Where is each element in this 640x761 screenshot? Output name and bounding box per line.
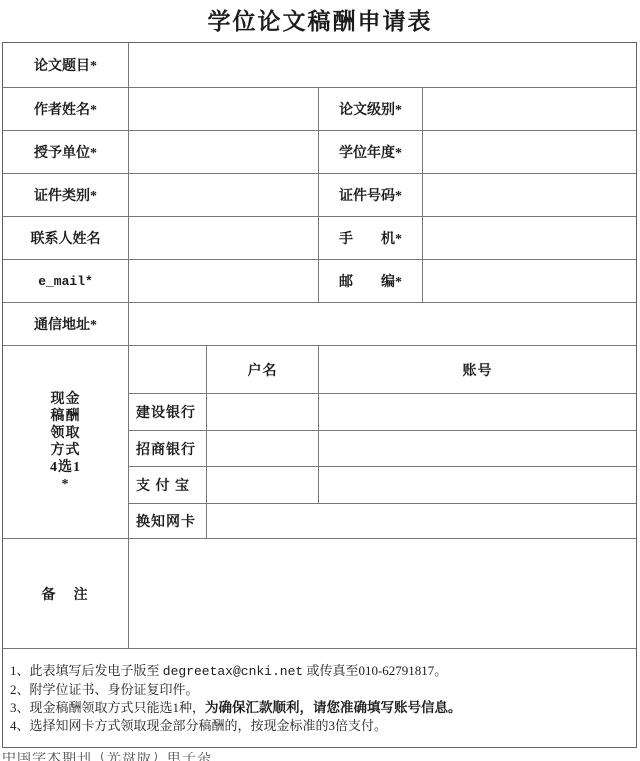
- header-account-name: 户名: [207, 346, 318, 393]
- label-mailing-address: 通信地址*: [3, 303, 128, 345]
- label-degree-unit: 授予单位*: [3, 131, 128, 173]
- label-remarks: 备 注: [3, 539, 128, 648]
- note-4: 4、选择知网卡方式领取现金部分稿酬的，按现金标准的3倍支付。: [10, 717, 628, 735]
- input-contact-name[interactable]: [129, 217, 318, 259]
- label-cnki-card: 换知网卡: [129, 504, 206, 538]
- input-postal-code[interactable]: [423, 260, 636, 302]
- input-ccb-account-name[interactable]: [207, 394, 318, 430]
- bottom-clipped-text: 中国学术期刊（光盘版）电子杂志社: [2, 752, 222, 761]
- input-thesis-level[interactable]: [423, 88, 636, 130]
- input-author-name[interactable]: [129, 88, 318, 130]
- input-cmb-account-number[interactable]: [319, 431, 636, 466]
- label-thesis-title: 论文题目*: [3, 43, 128, 87]
- label-postal-code: 邮 编*: [319, 260, 422, 302]
- label-alipay: 支 付 宝: [129, 467, 206, 503]
- header-account-number: 账号: [319, 346, 636, 393]
- payment-method-line: 稿酬: [51, 408, 81, 425]
- input-degree-year[interactable]: [423, 131, 636, 173]
- input-cnki-card[interactable]: [207, 504, 636, 538]
- payment-method-line: 现金: [51, 391, 81, 408]
- input-email[interactable]: [129, 260, 318, 302]
- label-payment-method: 现金 稿酬 领取 方式 4选1 *: [3, 346, 128, 538]
- note-2: 2、附学位证书、身份证复印件。: [10, 681, 628, 699]
- input-alipay-account-name[interactable]: [207, 467, 318, 503]
- label-email: e_mail*: [3, 260, 128, 302]
- note-email: degreetax@cnki.net: [163, 664, 303, 679]
- note-1: 1、此表填写后发电子版至 degreetax@cnki.net 或传真至010-…: [10, 662, 628, 681]
- input-alipay-account-number[interactable]: [319, 467, 636, 503]
- payment-method-line: *: [62, 476, 70, 493]
- label-mobile: 手 机*: [319, 217, 422, 259]
- input-thesis-title[interactable]: [129, 43, 636, 87]
- page-title: 学位论文稿酬申请表: [0, 3, 640, 36]
- input-mailing-address[interactable]: [129, 303, 636, 345]
- input-mobile[interactable]: [423, 217, 636, 259]
- bank-header-spacer: [129, 346, 206, 393]
- application-form-page: 学位论文稿酬申请表 论文题目* 作者姓名* 论文级别* 授予单位* 学位年度* …: [0, 0, 640, 761]
- form-table: 论文题目* 作者姓名* 论文级别* 授予单位* 学位年度* 证件类别* 证件号码…: [2, 42, 637, 748]
- input-id-type[interactable]: [129, 174, 318, 216]
- input-remarks[interactable]: [129, 539, 636, 648]
- input-id-number[interactable]: [423, 174, 636, 216]
- label-degree-year: 学位年度*: [319, 131, 422, 173]
- label-bank-ccb: 建设银行: [129, 394, 206, 430]
- payment-method-line: 4选1: [50, 459, 81, 476]
- input-degree-unit[interactable]: [129, 131, 318, 173]
- input-cmb-account-name[interactable]: [207, 431, 318, 466]
- label-id-number: 证件号码*: [319, 174, 422, 216]
- label-thesis-level: 论文级别*: [319, 88, 422, 130]
- note-3-bold: 为确保汇款顺利，请您准确填写账号信息。: [205, 700, 462, 715]
- payment-method-line: 领取: [51, 425, 81, 442]
- note-3: 3、现金稿酬领取方式只能选1种，为确保汇款顺利，请您准确填写账号信息。: [10, 699, 628, 717]
- footnotes: 1、此表填写后发电子版至 degreetax@cnki.net 或传真至010-…: [3, 649, 636, 747]
- label-bank-cmb: 招商银行: [129, 431, 206, 466]
- payment-method-line: 方式: [51, 442, 81, 459]
- input-ccb-account-number[interactable]: [319, 394, 636, 430]
- label-contact-name: 联系人姓名: [3, 217, 128, 259]
- label-id-type: 证件类别*: [3, 174, 128, 216]
- label-author-name: 作者姓名*: [3, 88, 128, 130]
